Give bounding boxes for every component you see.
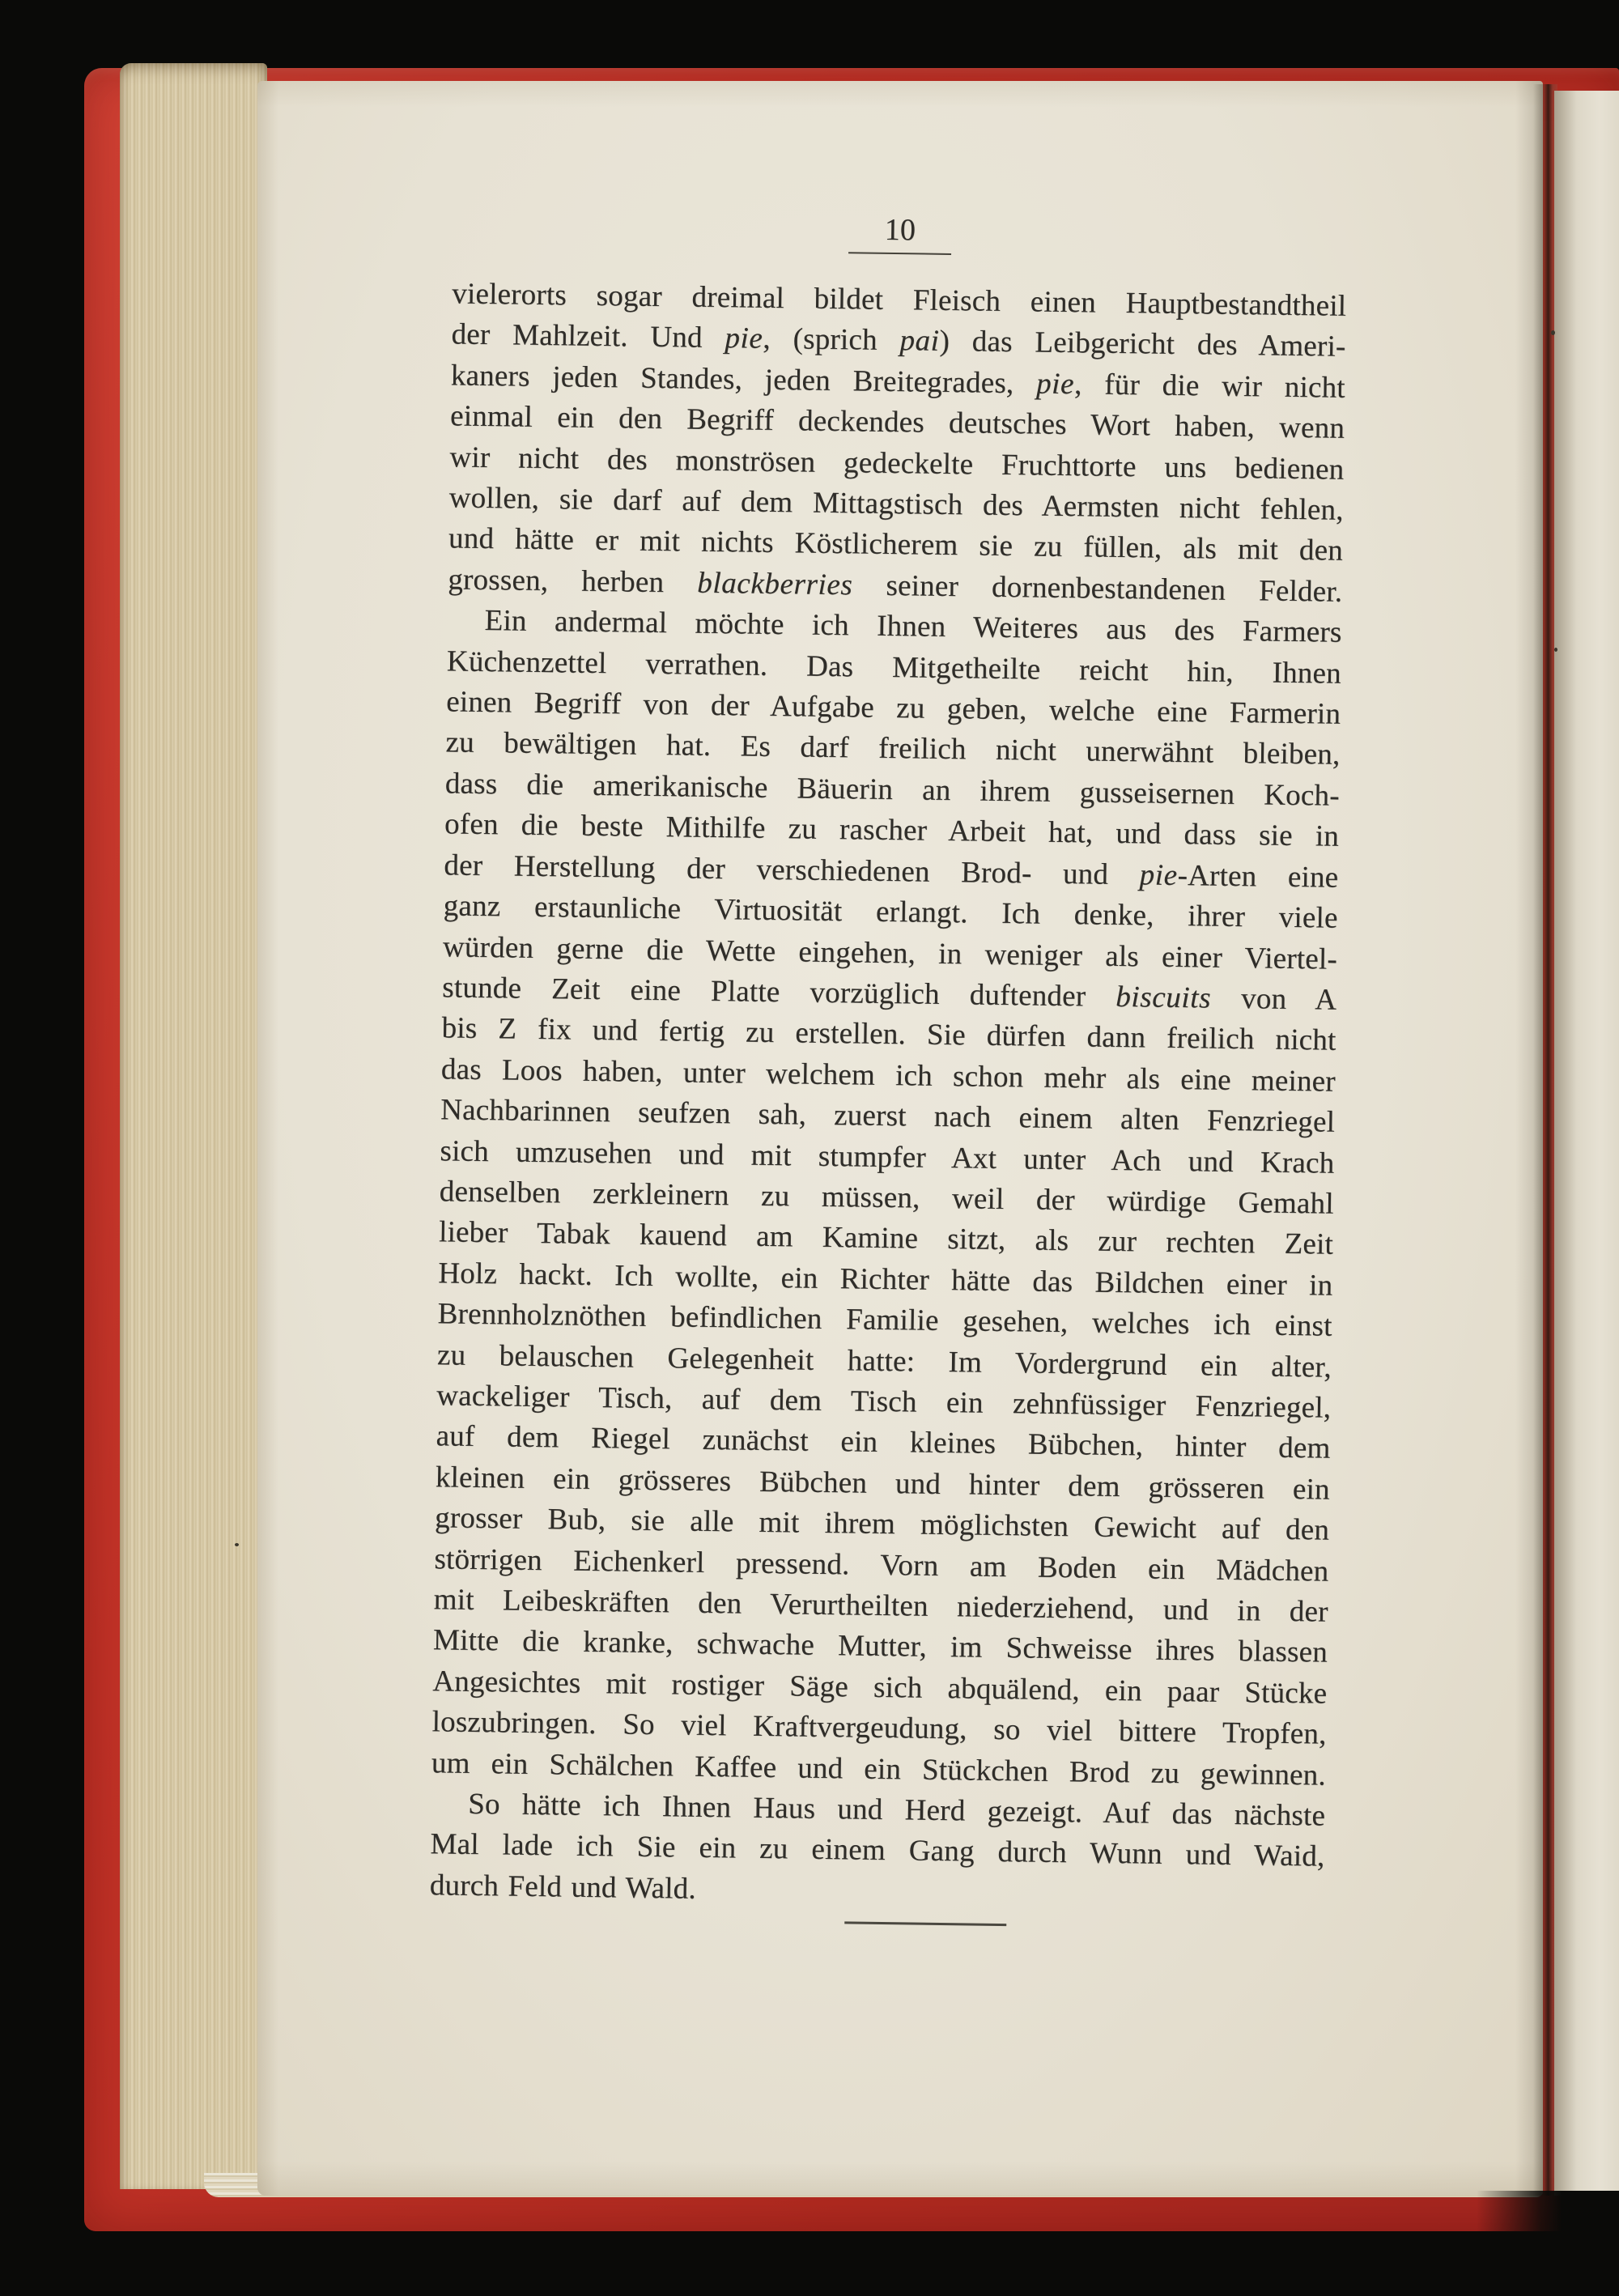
page-stack-edges: [120, 63, 267, 2189]
paragraphs: vielerorts sogar dreimal bildet Fleisch …: [429, 274, 1346, 1918]
folio-row: 10: [453, 206, 1348, 253]
italic-word: pie: [1139, 858, 1178, 892]
italic-word: biscuits: [1115, 980, 1211, 1015]
page-text-block: 10 vielerorts sogar dreimal bildet Fleis…: [429, 206, 1347, 1930]
dust-speck: [1551, 330, 1555, 335]
dust-speck: [235, 1543, 239, 1546]
facing-page-edge: [1554, 91, 1619, 2196]
italic-word: pai: [899, 325, 940, 359]
page-number: 10: [848, 211, 951, 255]
italic-word: pie: [725, 321, 763, 355]
book-page: 10 vielerorts sogar dreimal bildet Fleis…: [257, 81, 1543, 2196]
italic-word: blackberries: [697, 566, 853, 602]
italic-word: pie: [1036, 367, 1075, 401]
section-end-rule: [844, 1922, 1006, 1927]
background-corner: [1477, 2191, 1619, 2296]
dust-speck: [1554, 648, 1557, 652]
photo-background: 10 vielerorts sogar dreimal bildet Fleis…: [0, 0, 1619, 2296]
